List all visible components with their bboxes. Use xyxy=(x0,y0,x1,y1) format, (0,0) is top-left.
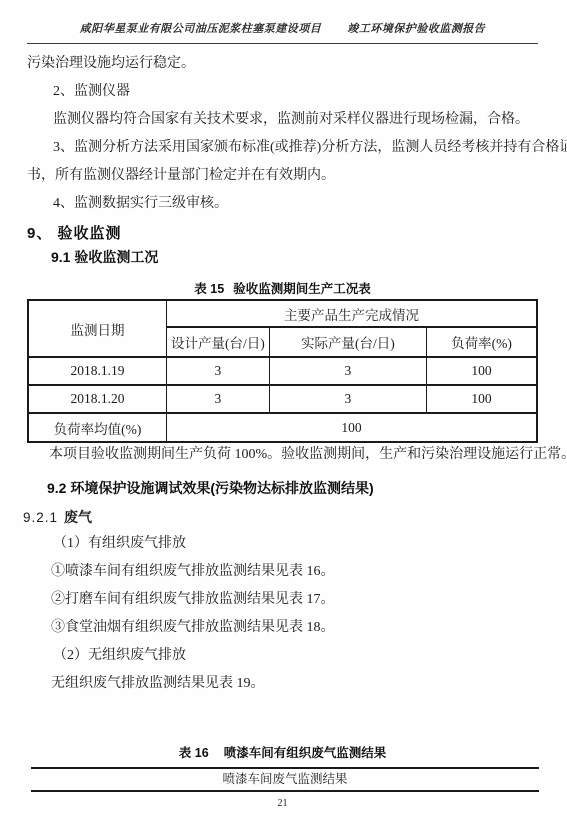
table-row: 2018.1.20 3 3 100 xyxy=(28,385,537,413)
gas-line: ①喷漆车间有组织废气排放监测结果见表 16。 xyxy=(27,558,538,586)
paragraph-line: 书，所有监测仪器经计量部门检定并在有效期内。 xyxy=(27,162,538,190)
col-header-date: 监测日期 xyxy=(28,300,166,357)
table-header-row: 监测日期 主要产品生产完成情况 xyxy=(28,300,537,327)
production-status-table: 监测日期 主要产品生产完成情况 设计产量(台/日) 实际产量(台/日) 负荷率(… xyxy=(27,299,538,443)
report-page: 咸阳华星泵业有限公司油压泥浆柱塞泵建设项目 竣工环境保护验收监测报告 污染治理设… xyxy=(0,0,567,836)
cell-date: 2018.1.20 xyxy=(28,385,166,413)
cell-design: 3 xyxy=(166,385,269,413)
paragraph-line: 3、监测分析方法采用国家颁布标准(或推荐)分析方法，监测人员经考核并持有合格证 xyxy=(27,134,538,162)
table16-caption-title: 喷漆车间有组织废气监测结果 xyxy=(224,746,387,760)
col-header-group: 主要产品生产完成情况 xyxy=(166,300,537,327)
paragraph-line: 污染治理设施均运行稳定。 xyxy=(27,50,538,78)
footer-label: 负荷率均值(%) xyxy=(28,413,166,442)
cell-actual: 3 xyxy=(269,357,426,385)
heading-9-1: 9.1 验收监测工况 xyxy=(27,246,538,268)
heading-9-2-1-title: 废气 xyxy=(64,509,92,525)
gas-line: （1）有组织废气排放 xyxy=(27,530,538,558)
cell-date: 2018.1.19 xyxy=(28,357,166,385)
table-row: 2018.1.19 3 3 100 xyxy=(28,357,537,385)
table16-caption-number: 表 16 xyxy=(179,746,209,760)
cell-load: 100 xyxy=(427,357,537,385)
table-footer-row: 负荷率均值(%) 100 xyxy=(28,413,537,442)
running-header: 咸阳华星泵业有限公司油压泥浆柱塞泵建设项目 竣工环境保护验收监测报告 xyxy=(27,22,538,44)
table15-caption-title: 验收监测期间生产工况表 xyxy=(233,282,371,296)
heading-9: 9、 验收监测 xyxy=(27,222,538,246)
table16-title-row: 喷漆车间废气监测结果 xyxy=(31,769,539,790)
table15-caption: 表 15验收监测期间生产工况表 xyxy=(27,280,538,298)
cell-actual: 3 xyxy=(269,385,426,413)
header-report-title: 竣工环境保护验收监测报告 xyxy=(347,22,485,36)
gas-line: ②打磨车间有组织废气排放监测结果见表 17。 xyxy=(27,586,538,614)
heading-9-2-1-number: 9.2.1 xyxy=(23,510,58,525)
cell-load: 100 xyxy=(427,385,537,413)
table15-note: 本项目验收监测期间生产负荷 100%。验收监测期间，生产和污染治理设施运行正常。 xyxy=(27,443,538,467)
table15-caption-number: 表 15 xyxy=(194,282,224,296)
paragraph-line: 监测仪器均符合国家有关技术要求，监测前对采样仪器进行现场检漏，合格。 xyxy=(27,106,538,134)
paragraph-line: 2、监测仪器 xyxy=(27,78,538,106)
col-header-design: 设计产量(台/日) xyxy=(166,327,269,357)
paragraph-line: 4、监测数据实行三级审核。 xyxy=(27,190,538,218)
heading-9-2: 9.2 环境保护设施调试效果(污染物达标排放监测结果) xyxy=(27,475,538,501)
page-number: 21 xyxy=(27,797,538,811)
gas-line: 无组织废气排放监测结果见表 19。 xyxy=(27,670,538,698)
header-project-title: 咸阳华星泵业有限公司油压泥浆柱塞泵建设项目 xyxy=(80,22,322,36)
heading-9-2-1: 9.2.1废气 xyxy=(23,505,538,530)
cell-design: 3 xyxy=(166,357,269,385)
table16-caption: 表 16喷漆车间有组织废气监测结果 xyxy=(27,745,538,761)
footer-value: 100 xyxy=(166,413,537,442)
paint-workshop-gas-table: 喷漆车间废气监测结果 xyxy=(31,767,539,792)
gas-line: ③食堂油烟有组织废气排放监测结果见表 18。 xyxy=(27,614,538,642)
col-header-actual: 实际产量(台/日) xyxy=(269,327,426,357)
gas-line: （2）无组织废气排放 xyxy=(27,642,538,670)
col-header-load: 负荷率(%) xyxy=(427,327,537,357)
